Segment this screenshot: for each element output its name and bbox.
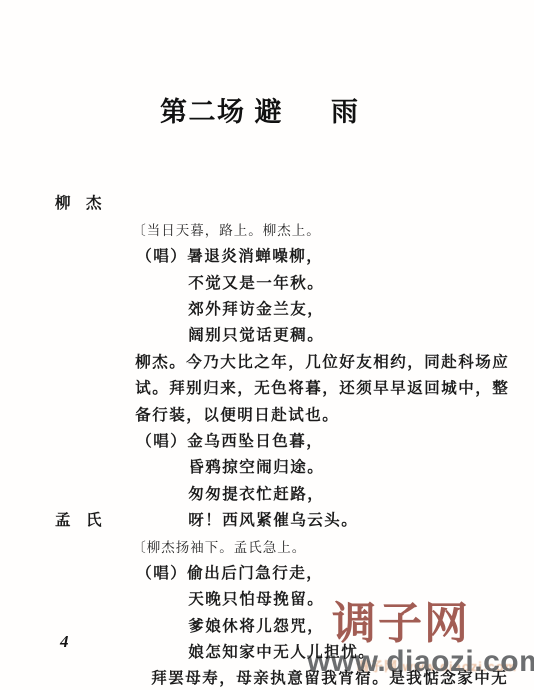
script-line: 天晚只怕母挽留。	[0, 534, 534, 560]
script-line: 娘怎知家中无人儿担忧。	[0, 587, 534, 613]
scene-title-char-2: 雨	[331, 97, 360, 127]
script-line: 柳杰。今乃大比之年，几位好友相约，同赴科场应	[0, 297, 534, 323]
speaker-name: 孟 氏	[55, 508, 102, 534]
script-line: 备行装，以便明日赴试也。	[0, 350, 534, 376]
script-line: 呀！西风紧催乌云头。	[0, 455, 534, 481]
script-line: 〔柳杰扬袖下。孟氏急上。	[0, 482, 534, 508]
page-number: 4	[60, 632, 69, 652]
script-line: 拜罢母寿，母亲执意留我宵宿。是我惦念家中无	[0, 614, 534, 640]
scene-title: 第二场避雨	[160, 96, 360, 128]
script-body: 〔当日天暮，路上。柳杰上。 柳 杰 （唱）暑退炎消蝉噪柳， 不觉又是一年秋。 郊…	[0, 165, 534, 640]
scanned-book-page: 第二场避雨 〔当日天暮，路上。柳杰上。 柳 杰 （唱）暑退炎消蝉噪柳， 不觉又是…	[0, 0, 534, 690]
script-line: 〔当日天暮，路上。柳杰上。	[0, 165, 534, 191]
script-line: 柳 杰 （唱）暑退炎消蝉噪柳，	[0, 191, 534, 217]
speaker-name: 柳 杰	[55, 191, 102, 217]
script-line: 试。拜别归来，无色将暮，还须早早返回城中，整	[0, 323, 534, 349]
script-line: 郊外拜访金兰友，	[0, 244, 534, 270]
line-text: 娘怎知家中无人儿担忧。	[188, 644, 375, 661]
script-line: 孟 氏 （唱）偷出后门急行走，	[0, 508, 534, 534]
scene-title-char-1: 避	[255, 97, 284, 127]
script-line: （唱）金乌西坠日色暮，	[0, 376, 534, 402]
line-text: 拜罢母寿，母亲执意留我宵宿。是我惦念家中无	[151, 670, 508, 687]
script-line: 阔别只觉话更稠。	[0, 271, 534, 297]
scene-title-number: 第二场	[160, 97, 246, 127]
script-line: 爹娘休将儿怨咒，	[0, 561, 534, 587]
script-line: 昏鸦掠空闹归途。	[0, 403, 534, 429]
script-line: 不觉又是一年秋。	[0, 218, 534, 244]
script-line: 匆匆提衣忙赶路，	[0, 429, 534, 455]
